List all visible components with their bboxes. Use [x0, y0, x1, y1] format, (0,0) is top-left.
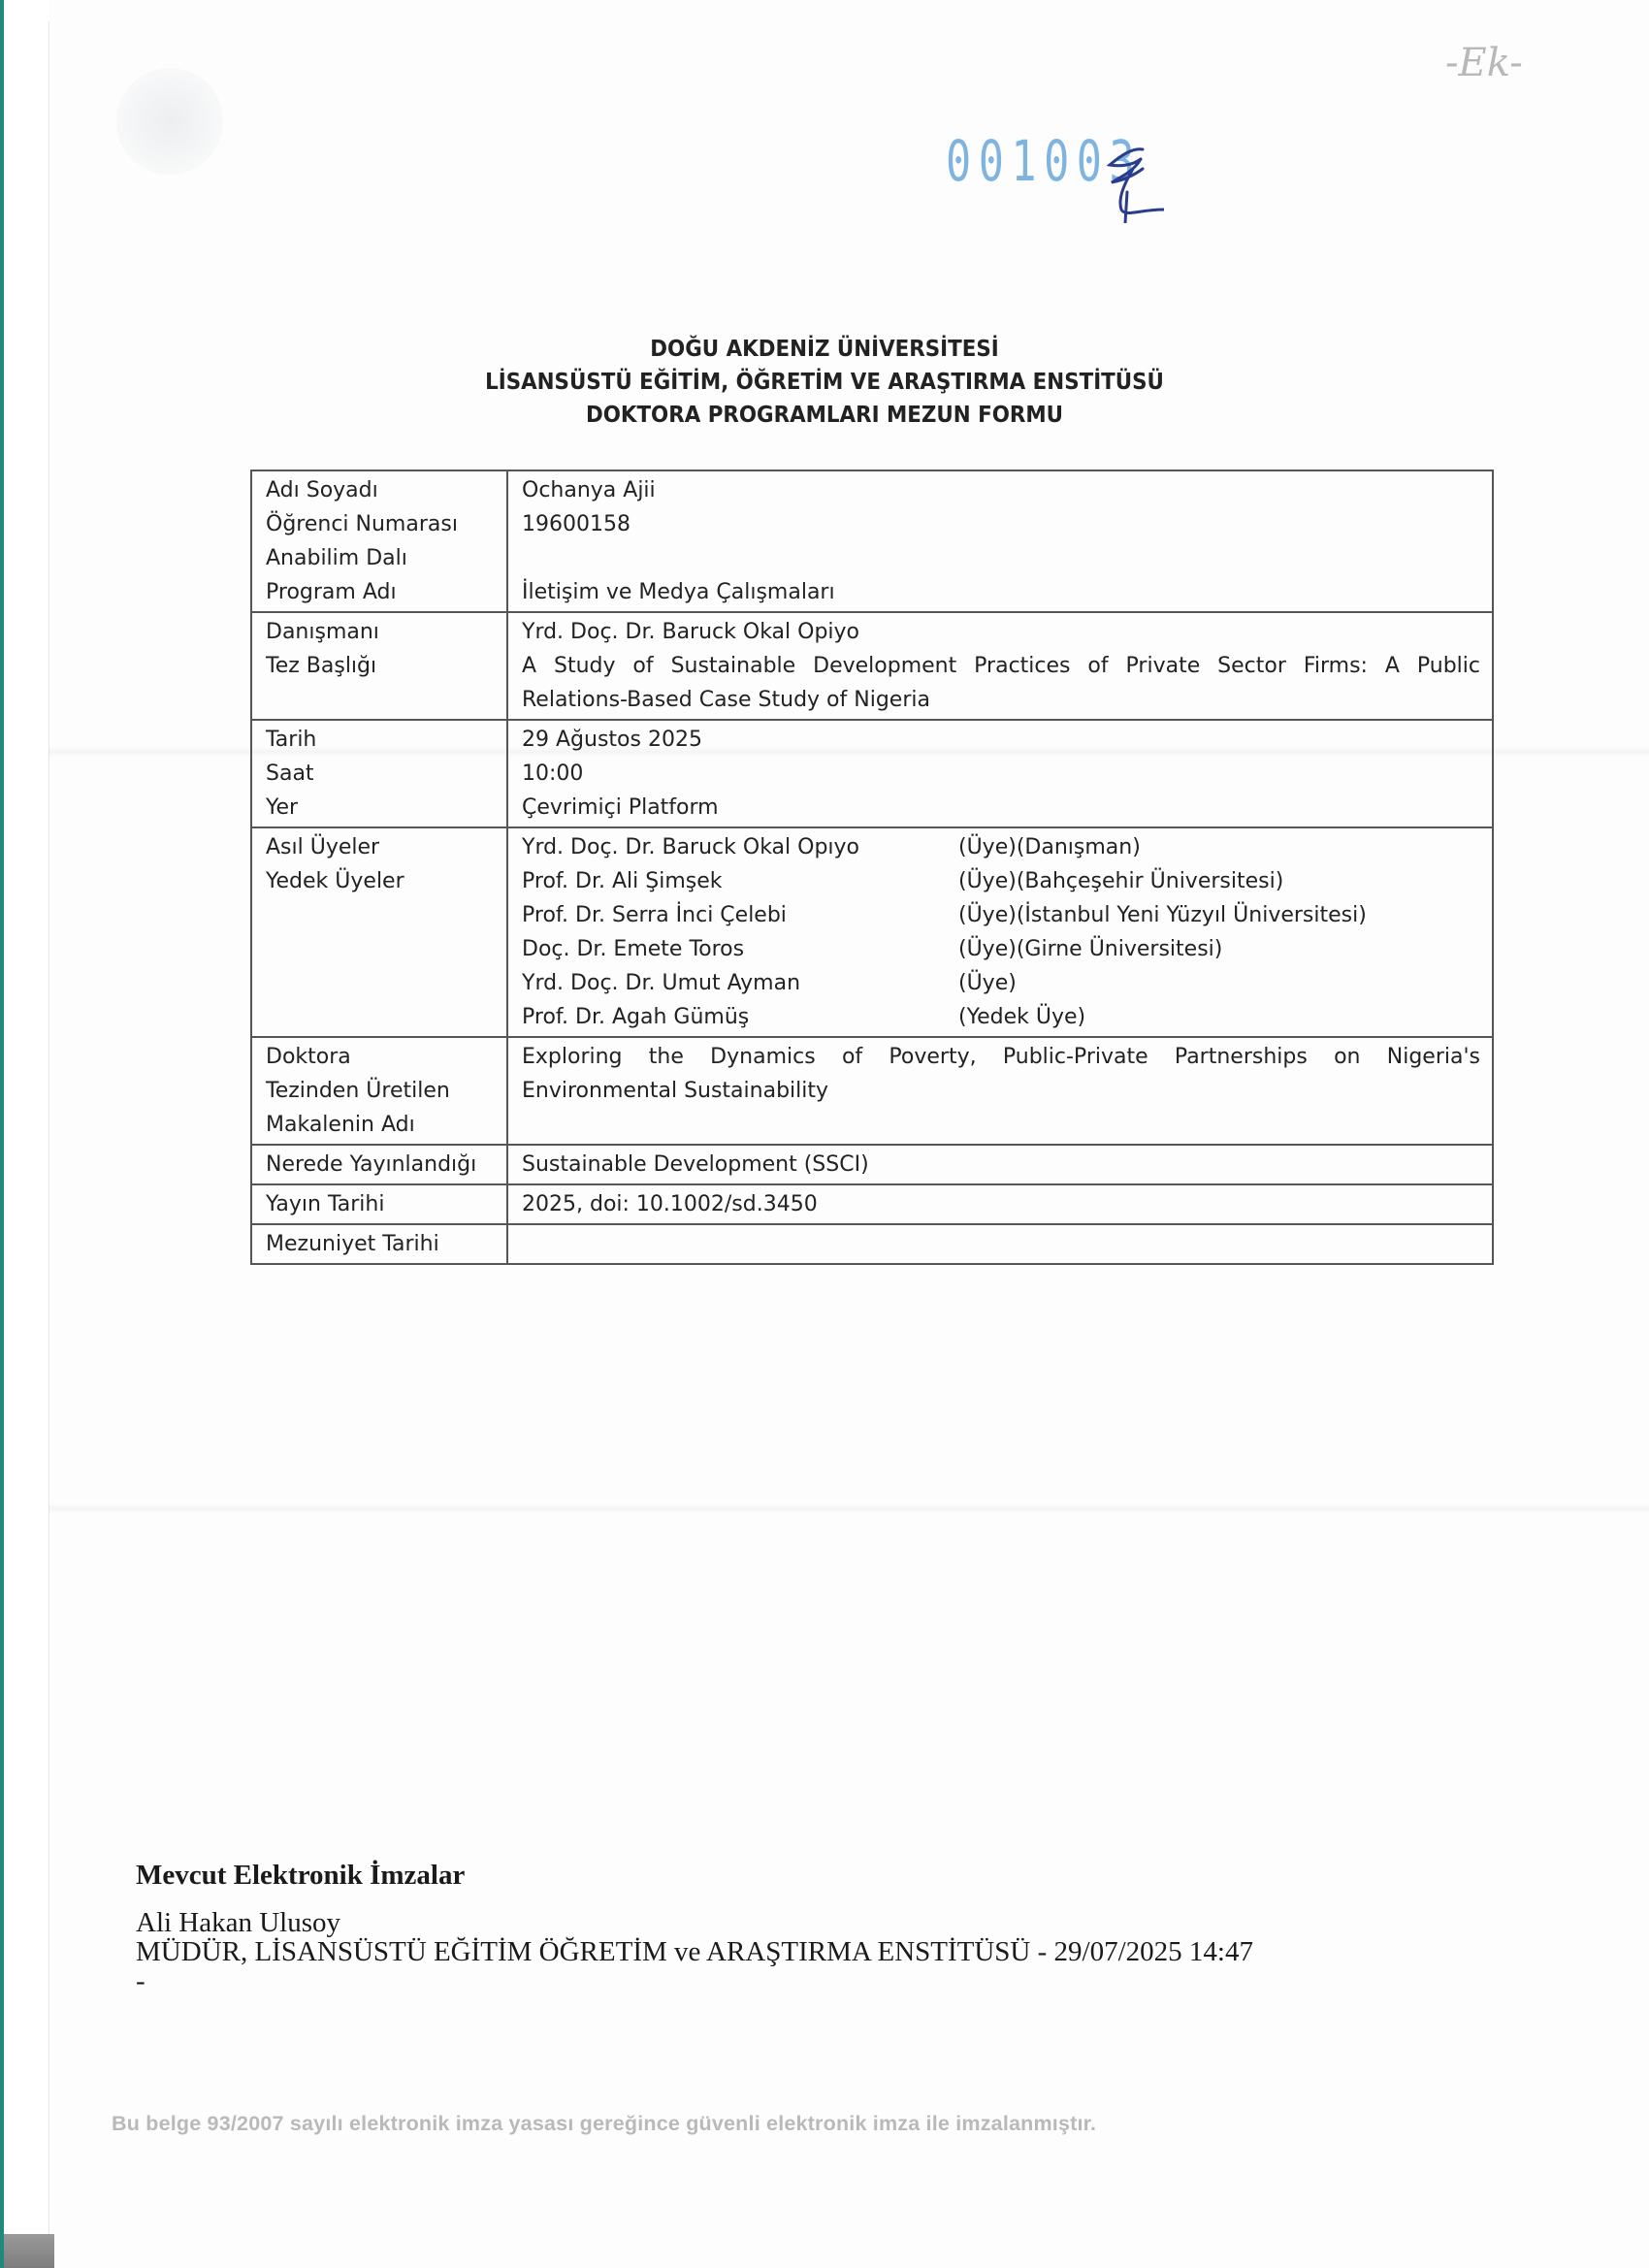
- electronic-signatures: Mevcut Elektronik İmzalar Ali Hakan Ulus…: [136, 1856, 1253, 1995]
- signature-separator: -: [136, 1966, 1253, 1995]
- signer-role: MÜDÜR, LİSANSÜSTÜ EĞİTİM ÖĞRETİM ve ARAŞ…: [136, 1937, 1253, 1966]
- e-signature-legal-note: Bu belge 93/2007 sayılı elektronik imza …: [112, 2112, 1096, 2136]
- program-name: İletişim ve Medya Çalışmaları: [522, 575, 1480, 609]
- committee-members: Yrd. Doç. Dr. Baruck Okal Opıyo (Üye)(Da…: [507, 827, 1493, 1037]
- defense-time: 10:00: [522, 757, 1480, 791]
- signer-name: Ali Hakan Ulusoy: [136, 1908, 1253, 1937]
- committee-member: Yrd. Doç. Dr. Baruck Okal Opıyo (Üye)(Da…: [522, 830, 1480, 864]
- member-name: Prof. Dr. Agah Gümüş: [522, 1000, 958, 1034]
- label-graduation-date: Mezuniyet Tarihi: [251, 1224, 507, 1264]
- defense-labels: Tarih Saat Yer: [251, 720, 507, 827]
- article-labels: Doktora Tezinden Üretilen Makalenin Adı: [251, 1037, 507, 1145]
- published-in-value: Sustainable Development (SSCI): [507, 1145, 1493, 1184]
- label-article-2: Tezinden Üretilen: [266, 1074, 495, 1108]
- thesis-labels: Danışmanı Tez Başlığı: [251, 612, 507, 720]
- thesis-title-line-1: A Study of Sustainable Development Pract…: [522, 649, 1480, 683]
- label-place: Yer: [266, 791, 495, 825]
- advisor-name: Yrd. Doç. Dr. Baruck Okal Opiyo: [522, 615, 1480, 649]
- committee-member: Prof. Dr. Agah Gümüş (Yedek Üye): [522, 1000, 1480, 1034]
- graduation-date-row: Mezuniyet Tarihi: [251, 1224, 1493, 1264]
- defense-values: 29 Ağustos 2025 10:00 Çevrimiçi Platform: [507, 720, 1493, 827]
- form-title: DOKTORA PROGRAMLARI MEZUN FORMU: [58, 399, 1592, 432]
- label-thesis-title: Tez Başlığı: [266, 649, 495, 683]
- label-advisor: Danışmanı: [266, 615, 495, 649]
- label-student-number: Öğrenci Numarası: [266, 507, 495, 541]
- label-main-members: Asıl Üyeler: [266, 830, 495, 864]
- defense-row: Tarih Saat Yer 29 Ağustos 2025 10:00 Çev…: [251, 720, 1493, 827]
- label-date: Tarih: [266, 723, 495, 757]
- student-info-labels: Adı Soyadı Öğrenci Numarası Anabilim Dal…: [251, 470, 507, 612]
- signatures-title: Mevcut Elektronik İmzalar: [136, 1856, 1253, 1895]
- label-substitute-members: Yedek Üyeler: [266, 864, 495, 898]
- student-info-row: Adı Soyadı Öğrenci Numarası Anabilim Dal…: [251, 470, 1493, 612]
- label-time: Saat: [266, 757, 495, 791]
- committee-member: Prof. Dr. Serra İnci Çelebi (Üye)(İstanb…: [522, 898, 1480, 932]
- label-published-in: Nerede Yayınlandığı: [251, 1145, 507, 1184]
- committee-member: Doç. Dr. Emete Toros (Üye)(Girne Ünivers…: [522, 932, 1480, 966]
- paper-fold: [48, 1504, 1649, 1513]
- label-publication-date: Yayın Tarihi: [251, 1184, 507, 1224]
- committee-member: Yrd. Doç. Dr. Umut Ayman (Üye): [522, 966, 1480, 1000]
- member-role: (Üye)(Girne Üniversitesi): [958, 932, 1222, 966]
- defense-place: Çevrimiçi Platform: [522, 791, 1480, 825]
- article-title-line-1: Exploring the Dynamics of Poverty, Publi…: [522, 1040, 1480, 1074]
- scan-shadow: [4, 2234, 54, 2268]
- handwritten-note: -Ek-: [1445, 41, 1523, 85]
- publication-date-row: Yayın Tarihi 2025, doi: 10.1002/sd.3450: [251, 1184, 1493, 1224]
- committee-row: Asıl Üyeler Yedek Üyeler Yrd. Doç. Dr. B…: [251, 827, 1493, 1037]
- member-name: Prof. Dr. Serra İnci Çelebi: [522, 898, 958, 932]
- student-number: 19600158: [522, 507, 1480, 541]
- member-role: (Üye): [958, 966, 1017, 1000]
- committee-labels: Asıl Üyeler Yedek Üyeler: [251, 827, 507, 1037]
- thesis-row: Danışmanı Tez Başlığı Yrd. Doç. Dr. Baru…: [251, 612, 1493, 720]
- handwritten-initials-icon: [1104, 144, 1164, 223]
- student-name: Ochanya Ajii: [522, 473, 1480, 507]
- article-values: Exploring the Dynamics of Poverty, Publi…: [507, 1037, 1493, 1145]
- article-row: Doktora Tezinden Üretilen Makalenin Adı …: [251, 1037, 1493, 1145]
- member-name: Yrd. Doç. Dr. Umut Ayman: [522, 966, 958, 1000]
- document-header: DOĞU AKDENİZ ÜNİVERSİTESİ LİSANSÜSTÜ EĞİ…: [0, 333, 1649, 432]
- committee-member: Prof. Dr. Ali Şimşek (Üye)(Bahçeşehir Ün…: [522, 864, 1480, 898]
- graduation-date-value: [507, 1224, 1493, 1264]
- thesis-values: Yrd. Doç. Dr. Baruck Okal Opiyo A Study …: [507, 612, 1493, 720]
- article-title-line-2: Environmental Sustainability: [522, 1074, 1480, 1108]
- label-article-3: Makalenin Adı: [266, 1108, 495, 1142]
- label-program: Program Adı: [266, 575, 495, 609]
- student-info-values: Ochanya Ajii 19600158 İletişim ve Medya …: [507, 470, 1493, 612]
- defense-date: 29 Ağustos 2025: [522, 723, 1480, 757]
- published-in-row: Nerede Yayınlandığı Sustainable Developm…: [251, 1145, 1493, 1184]
- member-name: Yrd. Doç. Dr. Baruck Okal Opıyo: [522, 830, 958, 864]
- department-value: [522, 541, 1480, 575]
- member-role: (Üye)(İstanbul Yeni Yüzyıl Üniversitesi): [958, 898, 1367, 932]
- member-name: Prof. Dr. Ali Şimşek: [522, 864, 958, 898]
- publication-date-value: 2025, doi: 10.1002/sd.3450: [507, 1184, 1493, 1224]
- graduate-form-table: Adı Soyadı Öğrenci Numarası Anabilim Dal…: [250, 470, 1494, 1265]
- member-role: (Üye)(Bahçeşehir Üniversitesi): [958, 864, 1283, 898]
- institute-name: LİSANSÜSTÜ EĞİTİM, ÖĞRETİM VE ARAŞTIRMA …: [58, 366, 1592, 399]
- university-name: DOĞU AKDENİZ ÜNİVERSİTESİ: [58, 333, 1592, 366]
- label-department: Anabilim Dalı: [266, 541, 495, 575]
- label-name: Adı Soyadı: [266, 473, 495, 507]
- member-name: Doç. Dr. Emete Toros: [522, 932, 958, 966]
- member-role: (Üye)(Danışman): [958, 830, 1141, 864]
- paper-smudge: [116, 68, 223, 175]
- thesis-title-line-2: Relations-Based Case Study of Nigeria: [522, 683, 1480, 717]
- label-article-1: Doktora: [266, 1040, 495, 1074]
- member-role: (Yedek Üye): [958, 1000, 1085, 1034]
